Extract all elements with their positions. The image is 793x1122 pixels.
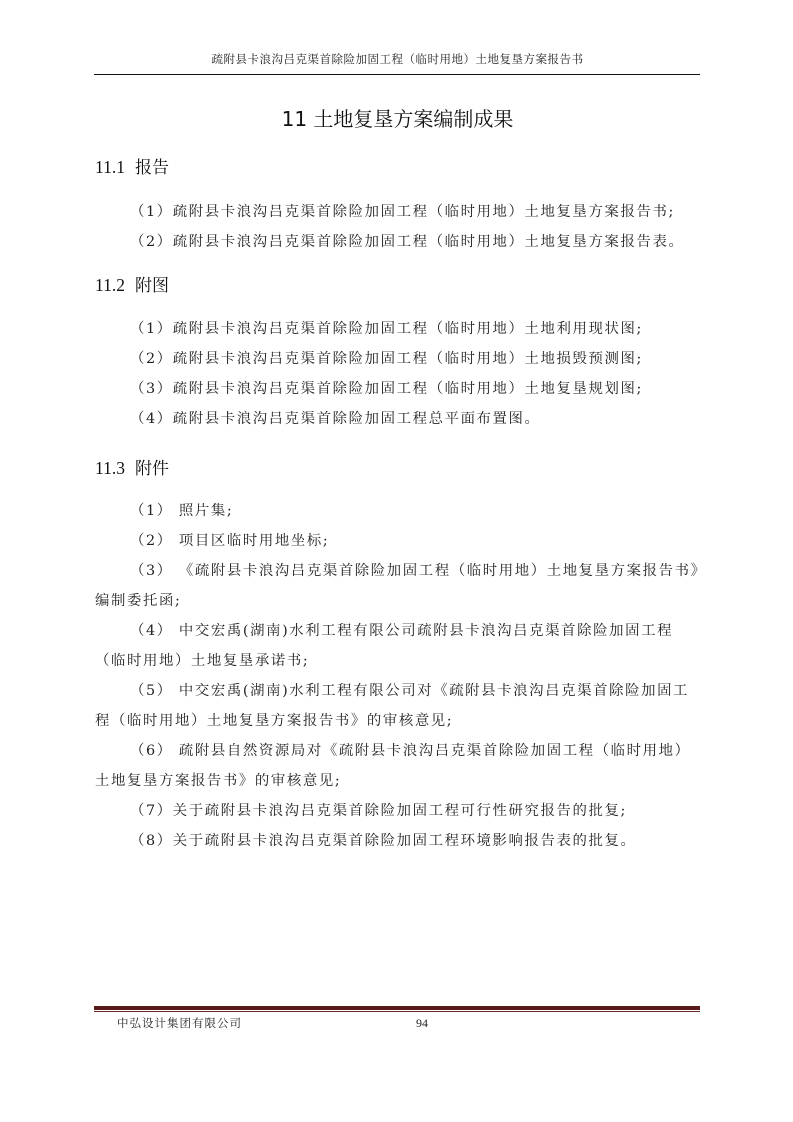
section-label: 报告 [135,158,169,178]
list-item: （6） 疏附县自然资源局对《疏附县卡浪沟吕克渠首除险加固工程（临时用地）土地复垦… [95,736,700,796]
footer-company: 中弘设计集团有限公司 [117,1015,242,1031]
list-item: （3）疏附县卡浪沟吕克渠首除险加固工程（临时用地）土地复垦规划图; [95,374,700,404]
section-title-11-1: 11.1报告 [95,153,169,178]
footer-divider-thick [94,1006,700,1010]
section-number: 11.1 [95,157,125,177]
list-item: （4） 中交宏禹(湖南)水利工程有限公司疏附县卡浪沟吕克渠首除险加固工程（临时用… [95,616,700,676]
list-item: （8）关于疏附县卡浪沟吕克渠首除险加固工程环境影响报告表的批复。 [95,826,700,856]
section-label: 附件 [135,459,169,479]
section-title-11-3: 11.3附件 [95,454,169,479]
list-item: （7）关于疏附县卡浪沟吕克渠首除险加固工程可行性研究报告的批复; [95,796,700,826]
footer-divider-thin [94,1011,700,1012]
section-label: 附图 [135,276,169,296]
list-item: （1）疏附县卡浪沟吕克渠首除险加固工程（临时用地）土地利用现状图; [95,314,700,344]
list-item: （3） 《疏附县卡浪沟吕克渠首除险加固工程（临时用地）土地复垦方案报告书》编制委… [95,556,700,616]
list-item: （1）疏附县卡浪沟吕克渠首除险加固工程（临时用地）土地复垦方案报告书; [95,197,700,227]
list-item: （1） 照片集; [95,496,700,526]
list-item: （5） 中交宏禹(湖南)水利工程有限公司对《疏附县卡浪沟吕克渠首除险加固工程（临… [95,676,700,736]
list-item: （2）疏附县卡浪沟吕克渠首除险加固工程（临时用地）土地损毁预测图; [95,344,700,374]
header-divider [94,74,700,75]
page-number: 94 [416,1016,428,1031]
running-header: 疏附县卡浪沟吕克渠首除险加固工程（临时用地）土地复垦方案报告书 [95,51,700,67]
list-item: （2） 项目区临时用地坐标; [95,526,700,556]
list-item: （2）疏附县卡浪沟吕克渠首除险加固工程（临时用地）土地复垦方案报告表。 [95,227,700,257]
section-number: 11.3 [95,458,125,478]
list-item: （4）疏附县卡浪沟吕克渠首除险加固工程总平面布置图。 [95,404,700,434]
chapter-title: 11 土地复垦方案编制成果 [95,103,700,132]
section-number: 11.2 [95,275,125,295]
section-title-11-2: 11.2附图 [95,271,169,296]
